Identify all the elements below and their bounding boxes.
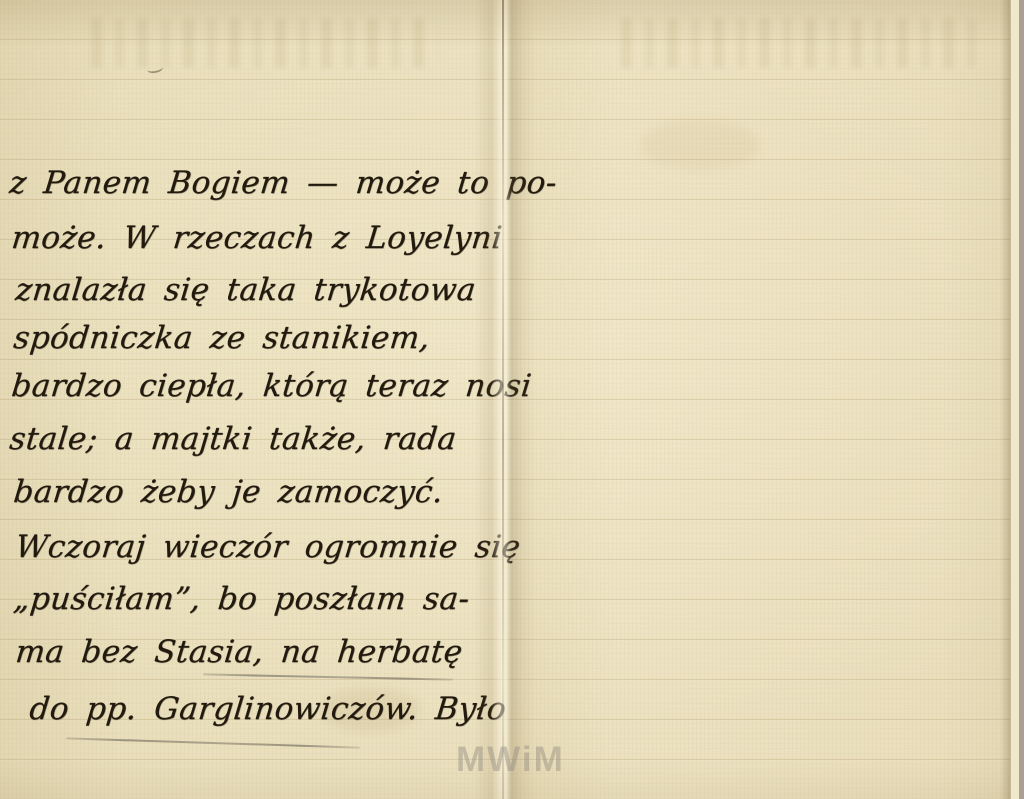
- pencil-underline: [66, 737, 360, 748]
- pencil-underline: [203, 673, 453, 680]
- handwritten-line: stale; a majtki także, rada: [8, 424, 458, 455]
- handwritten-line: Wczoraj wieczór ogromnie się: [14, 532, 522, 563]
- handwritten-line: może. W rzeczach z Loyelyni: [10, 223, 504, 254]
- left-page: z Panem Bogiem — może to po- może. W rze…: [0, 0, 497, 799]
- museum-watermark: MWiM: [456, 740, 565, 780]
- handwritten-line: bardzo ciepła, którą teraz nosi: [10, 371, 533, 402]
- right-page: około 15-u osób, grano w winta, rozmawia…: [505, 0, 1010, 799]
- handwritten-line: ma bez Stasia, na herbatę: [14, 637, 464, 668]
- handwritten-line: znalazła się taka trykotowa: [14, 275, 477, 306]
- handwritten-line: bardzo żeby je zamoczyć.: [12, 477, 445, 508]
- scan-outer-edge: [1019, 0, 1024, 799]
- handwritten-line: z Panem Bogiem — może to po-: [8, 168, 558, 199]
- handwritten-line: „puściłam”, bo poszłam sa-: [12, 584, 471, 615]
- right-page-edge-shadow: [1000, 0, 1010, 799]
- diary-spread: z Panem Bogiem — może to po- może. W rze…: [0, 0, 1024, 799]
- handwritten-line: do pp. Garglinowiczów. Było: [28, 694, 508, 725]
- handwritten-line: spódniczka ze stanikiem,: [12, 323, 431, 354]
